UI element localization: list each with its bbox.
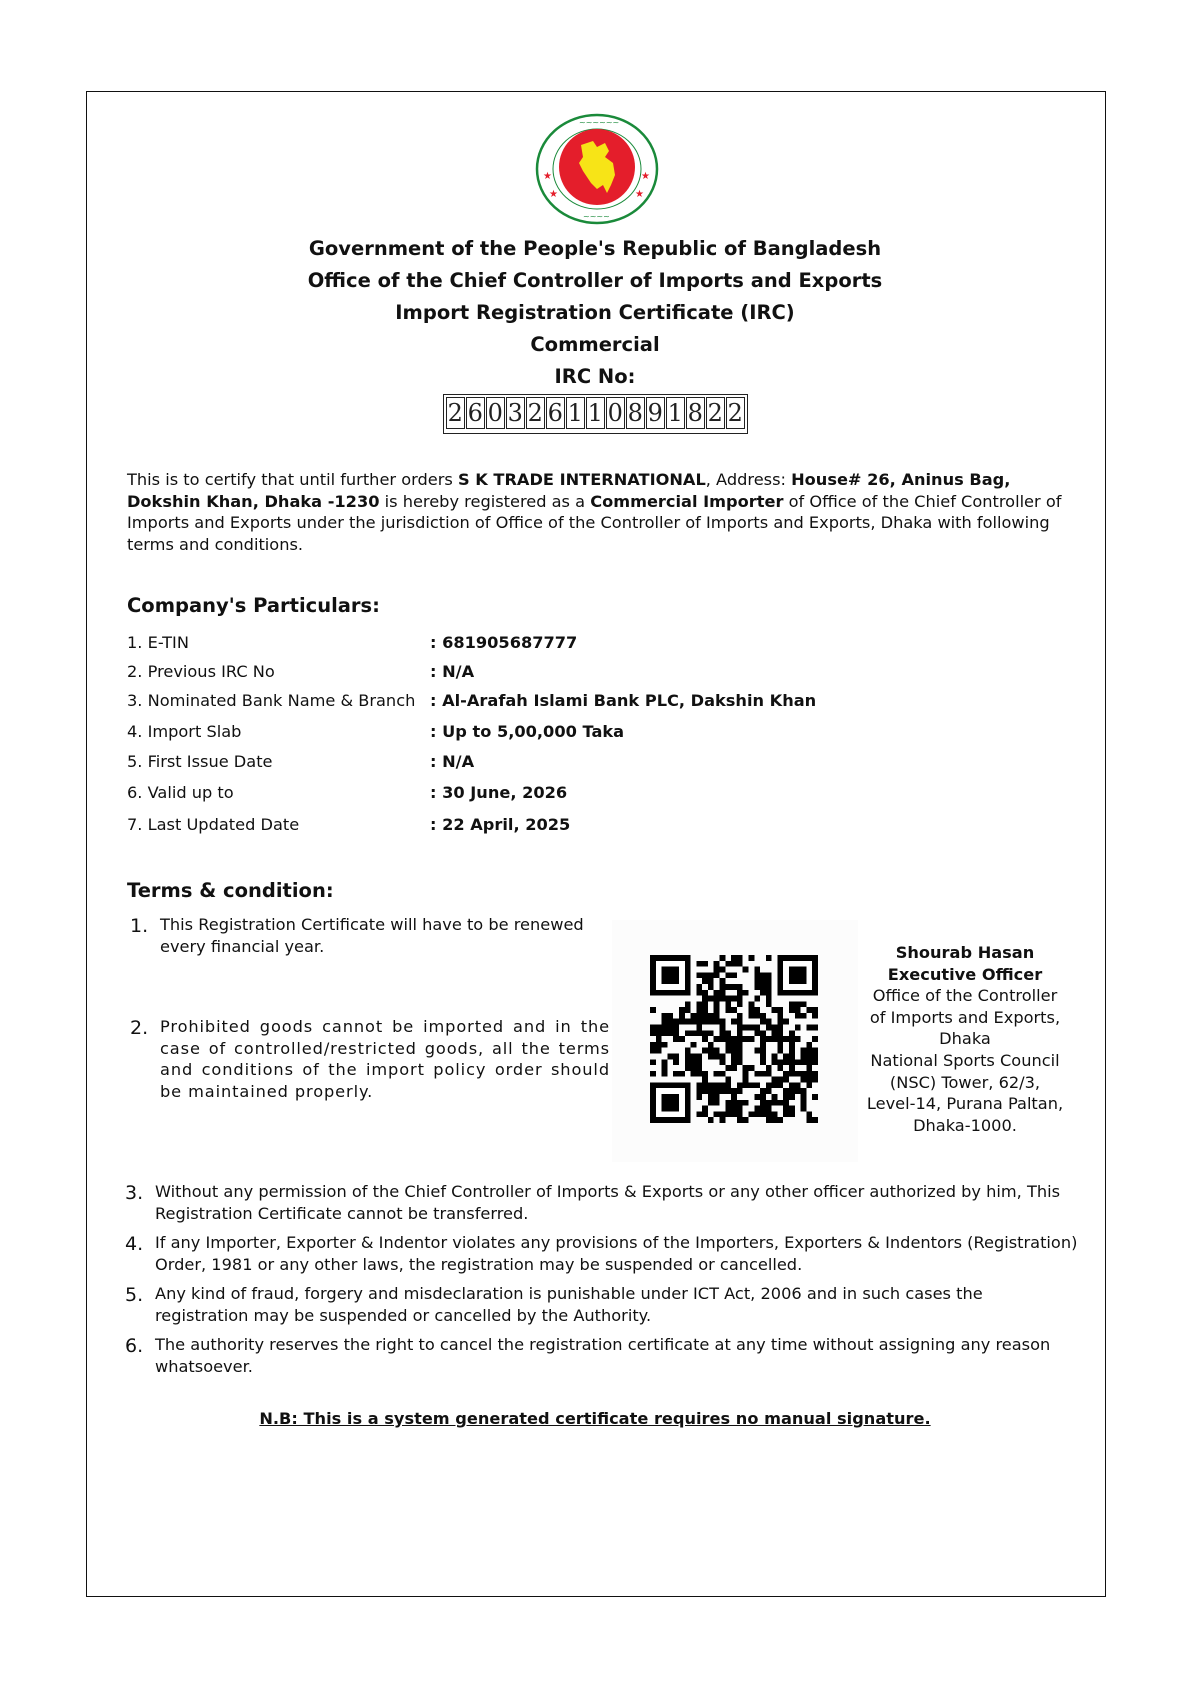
svg-text:★: ★ — [641, 171, 650, 182]
certification-statement: This is to certify that until further or… — [127, 469, 1077, 555]
particulars-label: 2. Previous IRC No — [127, 662, 275, 681]
term-text: The authority reserves the right to canc… — [155, 1334, 1080, 1377]
term-number: 4. — [125, 1234, 143, 1256]
term-item: 1. This Registration Certificate will ha… — [130, 914, 600, 957]
officer-address: Dhaka-1000. — [858, 1115, 1072, 1137]
term-number: 5. — [125, 1285, 143, 1307]
svg-text:~~~~: ~~~~ — [583, 212, 610, 221]
svg-text:★: ★ — [543, 171, 552, 182]
particulars-value: : 681905687777 — [430, 633, 577, 652]
irc-digit: 3 — [506, 397, 525, 429]
terms-title: Terms & condition: — [127, 879, 334, 902]
irc-digit: 1 — [566, 397, 585, 429]
term-number: 3. — [125, 1183, 143, 1205]
particulars-label: 1. E-TIN — [127, 633, 189, 652]
heading-government: Government of the People's Republic of B… — [0, 237, 1190, 260]
irc-digit: 6 — [466, 397, 485, 429]
officer-office: Office of the Controller — [858, 985, 1072, 1007]
irc-digit: 8 — [686, 397, 705, 429]
qr-code-panel — [612, 920, 858, 1162]
officer-office: Dhaka — [858, 1028, 1072, 1050]
irc-digit: 2 — [526, 397, 545, 429]
intro-text: , Address: — [706, 470, 791, 489]
officer-address: Level-14, Purana Paltan, — [858, 1093, 1072, 1115]
term-item: 3. Without any permission of the Chief C… — [125, 1181, 1080, 1224]
officer-address: (NSC) Tower, 62/3, — [858, 1072, 1072, 1094]
particulars-title: Company's Particulars: — [127, 594, 380, 617]
irc-digit: 2 — [446, 397, 465, 429]
heading-category: Commercial — [0, 333, 1190, 356]
particulars-value: : Up to 5,00,000 Taka — [430, 722, 624, 741]
term-text: Prohibited goods cannot be imported and … — [160, 1016, 610, 1102]
particulars-value: : 30 June, 2026 — [430, 783, 567, 802]
svg-text:~~~~~~: ~~~~~~ — [579, 118, 619, 127]
intro-text: is hereby registered as a — [379, 492, 590, 511]
term-item: 5. Any kind of fraud, forgery and misdec… — [125, 1283, 1080, 1326]
irc-digit: 2 — [726, 397, 745, 429]
system-generated-note: N.B: This is a system generated certific… — [0, 1409, 1190, 1428]
heading-office: Office of the Chief Controller of Import… — [0, 269, 1190, 292]
issuing-officer: Shourab Hasan Executive Officer Office o… — [858, 942, 1072, 1136]
particulars-label: 5. First Issue Date — [127, 752, 273, 771]
intro-text: This is to certify that until further or… — [127, 470, 458, 489]
irc-digit: 1 — [586, 397, 605, 429]
irc-digit: 9 — [646, 397, 665, 429]
company-name: S K TRADE INTERNATIONAL — [458, 470, 706, 489]
term-text: Without any permission of the Chief Cont… — [155, 1181, 1080, 1224]
term-text: This Registration Certificate will have … — [160, 914, 600, 957]
term-text: If any Importer, Exporter & Indentor vio… — [155, 1232, 1080, 1275]
officer-designation: Executive Officer — [858, 964, 1072, 986]
particulars-value: : N/A — [430, 752, 474, 771]
officer-office: of Imports and Exports, — [858, 1007, 1072, 1029]
term-number: 2. — [130, 1018, 148, 1040]
irc-digit: 1 — [666, 397, 685, 429]
svg-text:★: ★ — [635, 189, 644, 200]
term-item: 4. If any Importer, Exporter & Indentor … — [125, 1232, 1080, 1275]
irc-digit: 0 — [606, 397, 625, 429]
qr-code-icon — [650, 955, 818, 1123]
irc-digit: 2 — [706, 397, 725, 429]
term-text: Any kind of fraud, forgery and misdeclar… — [155, 1283, 1080, 1326]
particulars-value: : 22 April, 2025 — [430, 815, 570, 834]
particulars-label: 6. Valid up to — [127, 783, 234, 802]
particulars-label: 3. Nominated Bank Name & Branch — [127, 691, 415, 710]
irc-number-label: IRC No: — [0, 365, 1190, 388]
particulars-label: 7. Last Updated Date — [127, 815, 299, 834]
officer-address: National Sports Council — [858, 1050, 1072, 1072]
irc-digit: 8 — [626, 397, 645, 429]
heading-certificate-type: Import Registration Certificate (IRC) — [0, 301, 1190, 324]
particulars-value: : N/A — [430, 662, 474, 681]
term-number: 6. — [125, 1336, 143, 1358]
particulars-value: : Al-Arafah Islami Bank PLC, Dakshin Kha… — [430, 691, 816, 710]
government-seal-icon: ★★ ★★ ~~~~~~ ~~~~ — [535, 113, 659, 225]
particulars-label: 4. Import Slab — [127, 722, 241, 741]
irc-digit: 0 — [486, 397, 505, 429]
svg-text:★: ★ — [549, 189, 558, 200]
irc-digit: 6 — [546, 397, 565, 429]
irc-number-boxes: 260326110891822 — [443, 394, 748, 434]
term-item: 6. The authority reserves the right to c… — [125, 1334, 1080, 1377]
importer-category: Commercial Importer — [590, 492, 783, 511]
term-item: 2. Prohibited goods cannot be imported a… — [130, 1016, 610, 1102]
term-number: 1. — [130, 916, 148, 938]
officer-name: Shourab Hasan — [858, 942, 1072, 964]
